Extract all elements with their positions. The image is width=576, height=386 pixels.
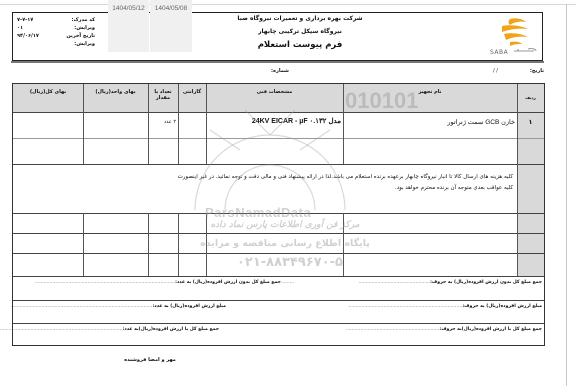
col-divider [83, 213, 84, 276]
divider [13, 213, 544, 214]
notes-line-2: کلیه عواقب بعدی متوجه آن برنده محترم خوا… [93, 183, 513, 194]
header-row-no: ردیف [517, 95, 544, 100]
code-label: کد مدرک: [55, 16, 95, 24]
col-divider [206, 213, 207, 276]
code-value: ۷-۷-۱۷ [17, 16, 47, 24]
col-divider [178, 84, 179, 164]
divider [13, 276, 544, 277]
header-total-price: بهای کل(ریال) [13, 89, 83, 95]
row-1-equipment-name: خازن GCB سمت ژنراتور [345, 118, 515, 126]
divider [13, 300, 544, 301]
col-divider [206, 84, 207, 164]
vat-amount-words: مبلغ ارزش افزوده(ریال) به حروف:.........… [348, 304, 542, 309]
vat-amount-digits: مبلغ ارزش افزوده(ریال) به عدد:..........… [11, 304, 226, 309]
saba-logo-icon: SABA [488, 16, 540, 56]
divider [13, 323, 544, 324]
divider [13, 138, 544, 139]
divider [13, 253, 544, 254]
divider [13, 164, 544, 165]
row-1-tech-specs: مدل 24KV EICAR - µF ۰.۱۳۲ [208, 117, 341, 125]
row-1-number: ۱ [517, 118, 544, 126]
saba-logo: SABA [488, 16, 540, 56]
number-label: شماره: [260, 68, 300, 74]
col-divider [178, 213, 179, 276]
total-without-vat-words: جمع مبلغ کل بدون ارزش افزوده(ریال) به حر… [359, 280, 543, 285]
revision-label: ویرایش: [55, 24, 95, 32]
col-divider [343, 213, 344, 276]
items-table: بهای کل(ریال) بهای واحد(ریال) تعداد یا م… [12, 83, 545, 346]
meta-labels: کد مدرک: ویرایش: تاریخ آخرین ویرایش: [55, 16, 95, 48]
total-with-vat-words: جمع مبلغ کل با ارزش افزوده(ریال)به حروف:… [346, 327, 542, 332]
date-box-1: 1404/05/12 [108, 0, 149, 52]
notes-text: کلیه هزینه های ارسال کالا تا انبار نیروگ… [93, 172, 513, 194]
last-revision-value: ۹۴/۰۶/۱۷ [17, 32, 47, 40]
col-divider [83, 84, 84, 164]
header-shadow [11, 61, 544, 63]
divider [13, 233, 544, 234]
last-revision-label: تاریخ آخرین ویرایش: [55, 32, 95, 48]
page-right-border [566, 4, 567, 386]
revision-value: ۰۱ [17, 24, 47, 32]
header-tech-specs: مشخصات فنی [206, 89, 343, 95]
col-divider [517, 84, 518, 276]
plant-name: نیروگاه سیکل ترکیبی چابهار [200, 28, 400, 35]
header-equipment-name: نام تجهیز [343, 89, 517, 95]
header-quantity: تعداد یا مقدار [148, 89, 178, 101]
meta-values: ۷-۷-۱۷ ۰۱ ۹۴/۰۶/۱۷ [17, 16, 47, 40]
date-value: / / [493, 68, 513, 74]
total-without-vat-digits: .........جمع مبلغ کل بدون ارزش افزوده(ری… [35, 280, 294, 285]
header-warranty: گارانتی [178, 89, 206, 95]
header-unit-price: بهای واحد(ریال) [83, 89, 148, 95]
total-with-vat-digits: جمع مبلغ کل با ارزش افزوده(ریال)به عدد:.… [0, 327, 219, 332]
notes-line-1: کلیه هزینه های ارسال کالا تا انبار نیروگ… [93, 172, 513, 183]
col-divider [343, 84, 344, 164]
row-1-quantity: ۲ عدد [150, 119, 176, 125]
form-title: فرم پیوست استعلام [200, 40, 400, 50]
svg-text:SABA: SABA [490, 49, 509, 56]
page-top-border [0, 4, 576, 5]
divider [13, 112, 544, 113]
col-divider [148, 213, 149, 276]
seller-signature-label: مهر و امضا فروشنده [120, 357, 180, 363]
date-box-2: 1404/05/08 [150, 0, 192, 52]
company-name: شرکت بهره برداری و تعمیرات نیروگاه صبا [200, 15, 400, 22]
